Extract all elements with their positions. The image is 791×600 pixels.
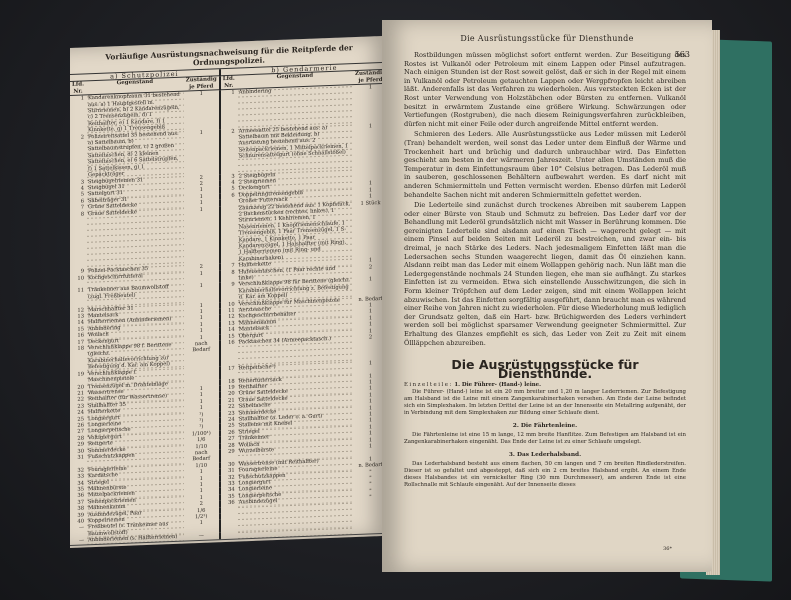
section-a-qty-cell: 1 <box>184 90 220 130</box>
section-a-nr-cell: 8 <box>70 211 86 269</box>
table-body: 1Kandarenknopfzaum 31 bestehend aus: a) … <box>70 84 388 545</box>
section-a-nr-cell: 10 <box>70 275 86 288</box>
section-a-item-cell: Verschlußklappe 98 f. Berittene (gleichz… <box>86 342 184 371</box>
section-b-nr-cell: 29 <box>220 449 237 462</box>
section-a-qty-cell: 1 <box>184 206 220 265</box>
section-b-nr-cell <box>220 205 237 263</box>
paragraph: Schmieren des Leders. Alle Ausrüstungsst… <box>404 130 686 199</box>
section-b-item-cell: Anbindering <box>237 85 353 128</box>
section-a-nr-cell: 18 <box>70 345 86 371</box>
section-b-item-cell: Zaumzeug 22 bestehend aus: 1 Kopfstück, … <box>237 201 353 263</box>
signature-mark: 36* <box>663 546 672 552</box>
body-text: Rostbildungen müssen möglichst sofort en… <box>382 43 712 489</box>
section-b-nr-cell: 8 <box>220 269 237 282</box>
section-a-nr-cell: 1 <box>70 95 86 135</box>
page-number: 563 <box>675 50 690 59</box>
item-text: Die Fährtenleine ist eine 15 m lange, 12… <box>404 432 686 446</box>
section-b-nr-cell: 2 <box>220 128 237 173</box>
section-heading: Die Ausrüstungsstücke für Diensthunde. <box>404 361 686 378</box>
section-a-nr-cell: — <box>70 525 86 538</box>
col-qty-a: Zuständig je Pferd <box>184 76 220 91</box>
section-b-item-cell: Armeesattel 25 bestehend aus: a) Sattelb… <box>237 124 353 173</box>
section-a-qty-cell: 1 <box>184 283 220 304</box>
equipment-table: a) Schutzpolizei b) Gendarmerie Lfd. Nr.… <box>70 63 388 545</box>
section-a-item-cell: Graue Satteldecke <box>86 207 184 268</box>
items-section: Einzelteile: 1. Die Führer- (Hand-) lein… <box>404 382 686 489</box>
item-text: Die Führer- (Hand-) leine ist ein 20 mm … <box>404 389 686 417</box>
left-page: Vorläufige Ausrüstungsnachweisung für di… <box>70 36 388 548</box>
item-heading: 3. Das Lederhalsband. <box>404 452 686 459</box>
item-text: Das Lederhalsband besteht aus einem flac… <box>404 461 686 489</box>
right-page: Die Ausrüstungsstücke für Diensthunde 56… <box>382 20 712 572</box>
section-a-item-cell: Polizeireitsattel 35 bestehend aus: a) S… <box>86 130 184 179</box>
section-a-nr-cell: 11 <box>70 288 86 308</box>
section-b-nr-cell: 17 <box>220 365 237 378</box>
section-a-nr-cell: 19 <box>70 371 86 384</box>
section-a-nr-cell: 2 <box>70 134 86 179</box>
section-a-nr-cell: 31 <box>70 454 86 467</box>
section-b-nr-cell <box>220 519 237 532</box>
section-a-item-cell: Kandarenknopfzaum 31 bestehend aus: a) 1… <box>86 91 184 134</box>
item-heading: 2. Die Fährtenleine. <box>404 423 686 430</box>
paragraph: Die Lederteile sind zunächst durch trock… <box>404 201 686 347</box>
section-b-nr-cell: 16 <box>220 340 237 366</box>
item-heading: 1. Die Führer- (Hand-) leine. <box>454 382 541 388</box>
col-nr-b: Lfd. Nr. <box>220 76 237 90</box>
section-a-qty-cell: 1 <box>184 129 220 175</box>
section-a-qty-cell: nach Bedarf <box>184 340 220 367</box>
einzelteile-label: Einzelteile: <box>404 382 453 388</box>
section-b-nr-cell: 1 <box>220 89 237 129</box>
section-b-nr-cell: 9 <box>220 282 237 302</box>
paragraph: Rostbildungen müssen möglichst sofort en… <box>404 51 686 128</box>
running-head: Die Ausrüstungsstücke für Diensthunde <box>382 20 712 43</box>
col-nr-a: Lfd. Nr. <box>70 81 86 95</box>
